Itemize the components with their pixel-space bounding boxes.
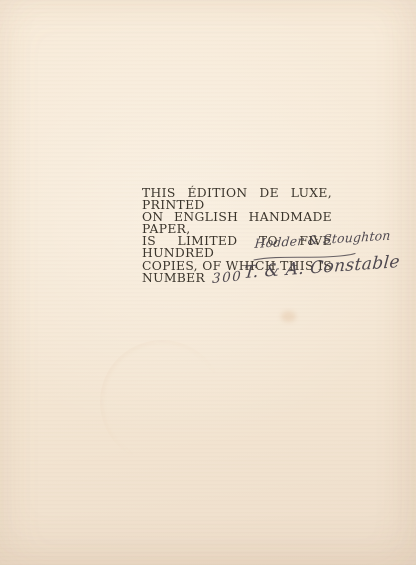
number-label: NUMBER — [142, 271, 205, 285]
limitation-line-1: THIS ÉDITION DE LUXE, PRINTED — [142, 187, 332, 211]
book-limitation-page: THIS ÉDITION DE LUXE, PRINTED ON ENGLISH… — [0, 0, 416, 565]
limitation-line-2: ON ENGLISH HANDMADE PAPER, — [142, 211, 332, 235]
foxing-stain — [281, 311, 296, 322]
press-ring-mark — [100, 340, 224, 464]
copy-number-handwritten: 300 — [212, 270, 242, 285]
